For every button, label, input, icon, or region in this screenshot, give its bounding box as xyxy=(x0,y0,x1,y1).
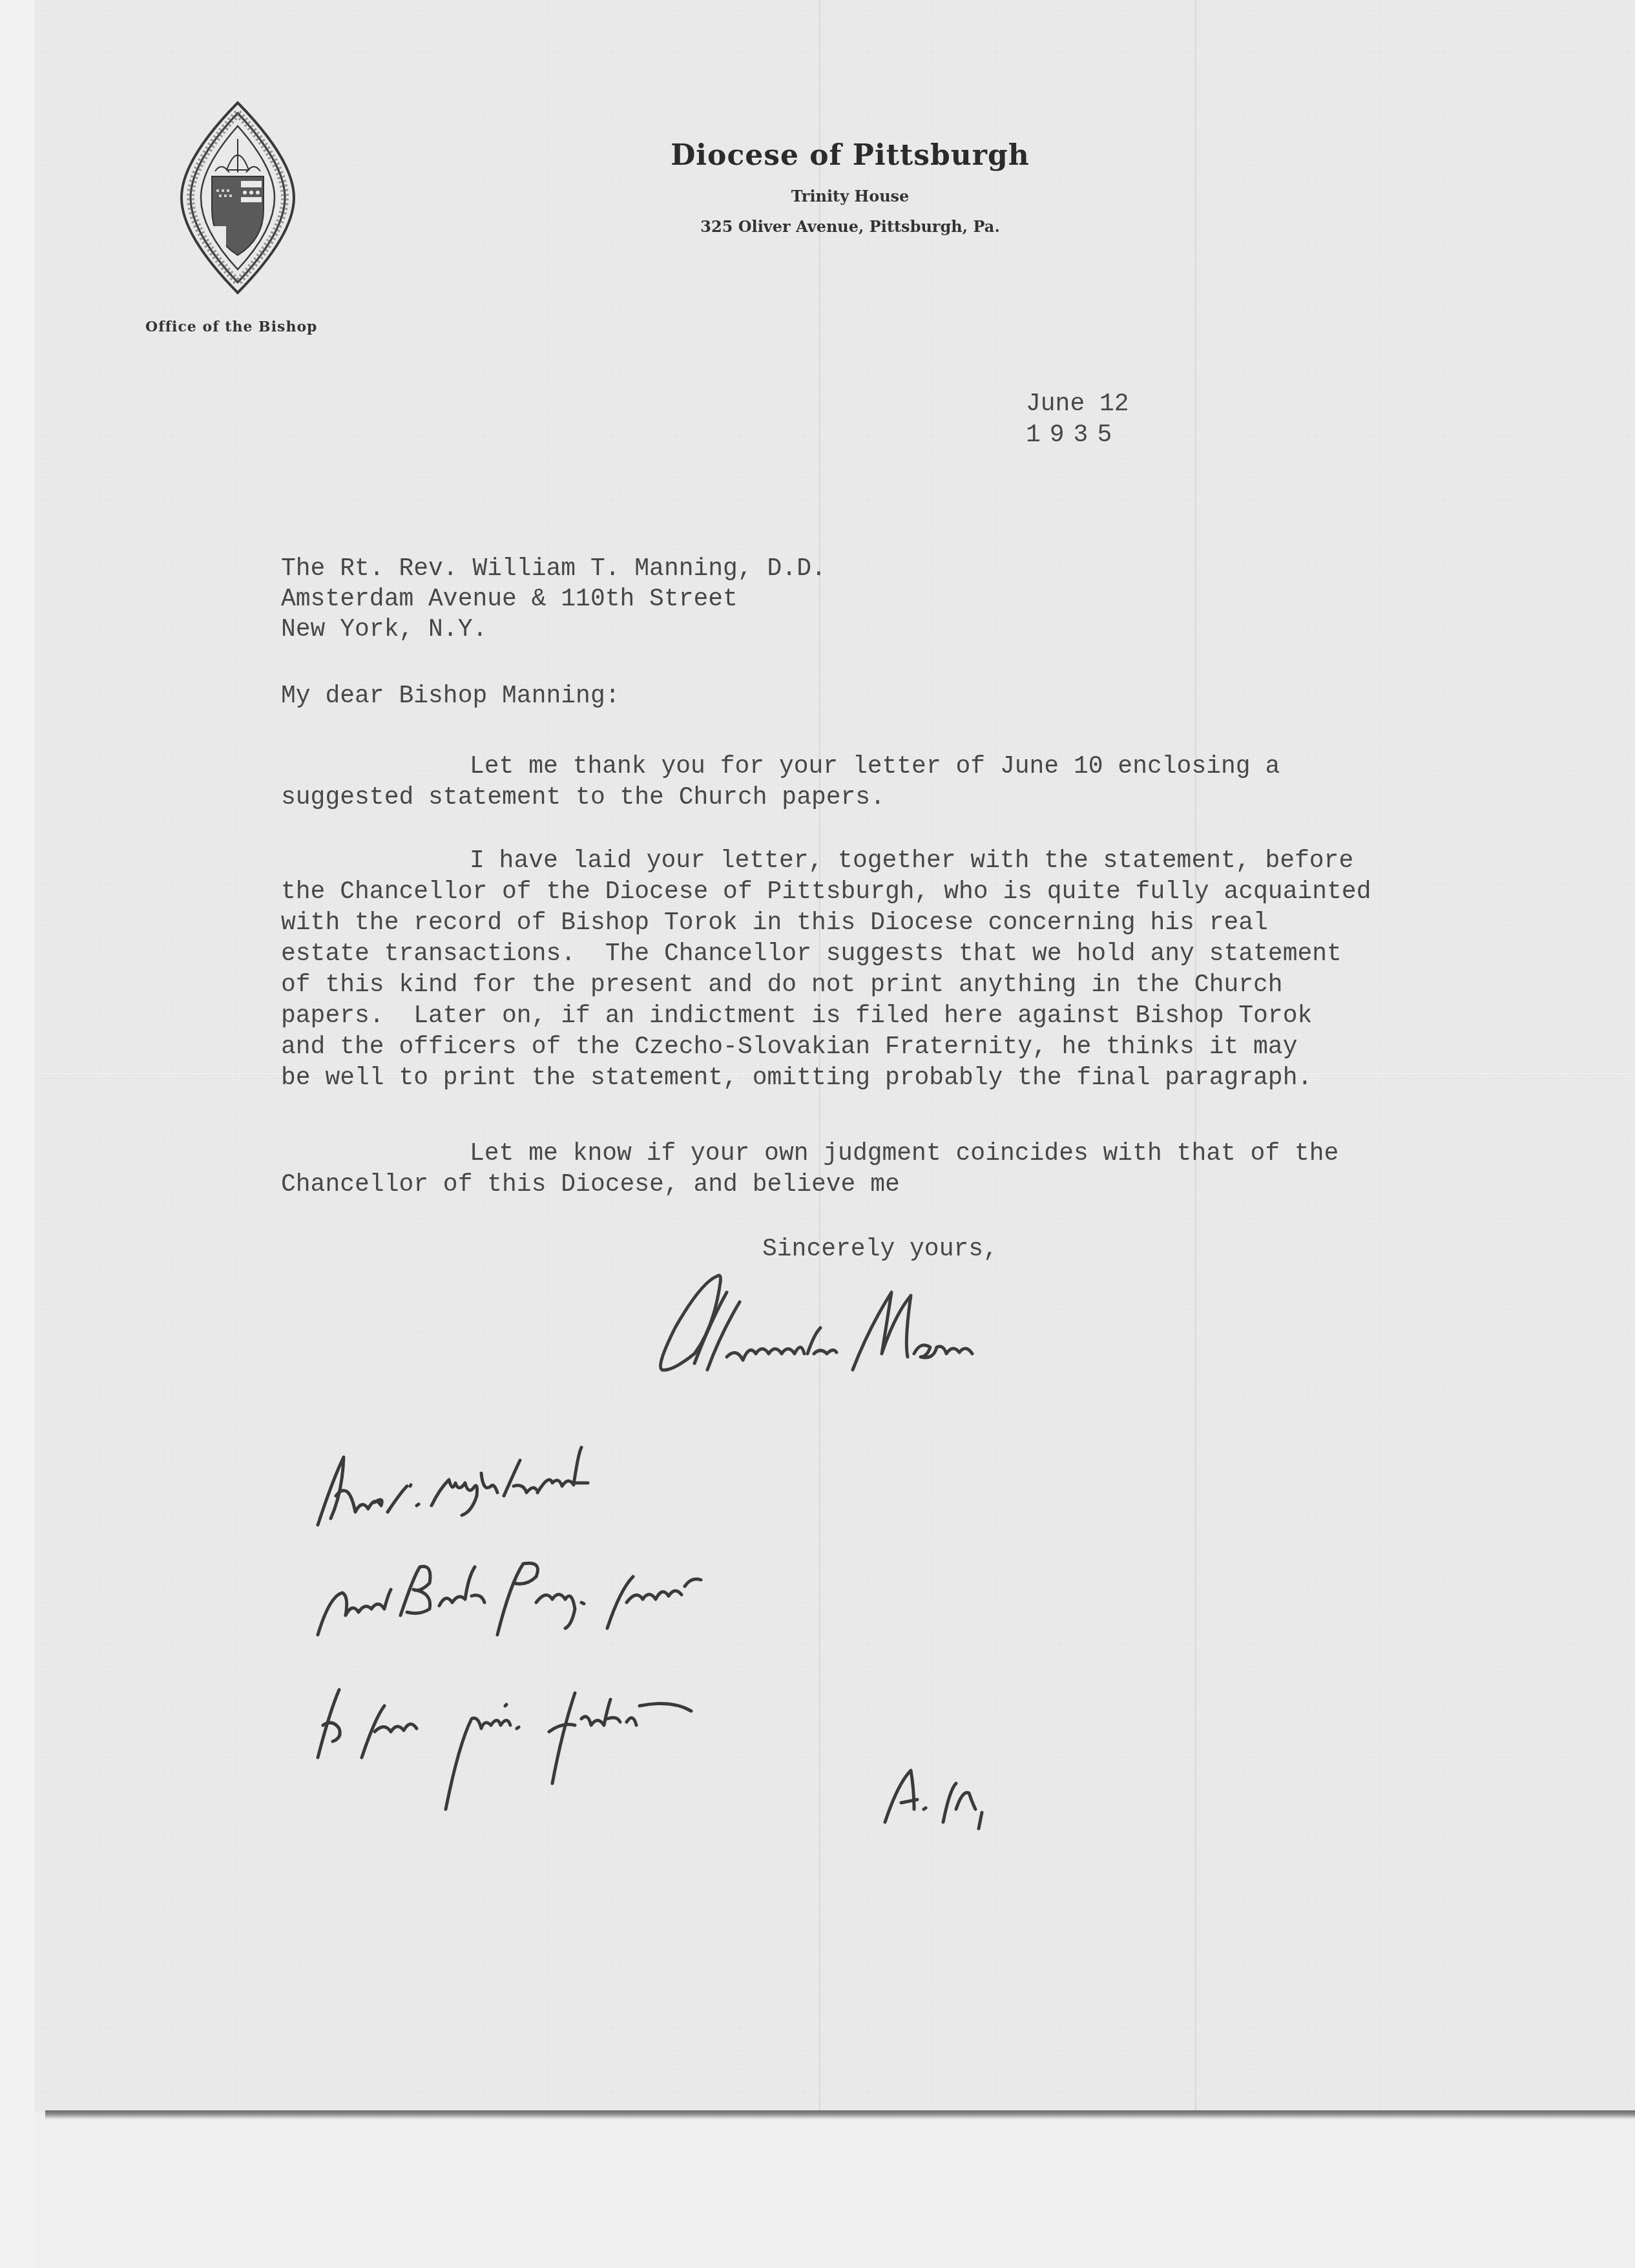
diocesan-seal-icon xyxy=(176,100,299,295)
postscript-text: Also it might be well toavoid Bish Perry… xyxy=(0,0,25,1)
body-paragraph-3: Let me know if your own judgment coincid… xyxy=(281,1139,1338,1201)
paragraph-line: and the officers of the Czecho-Slovakian… xyxy=(281,1032,1371,1063)
signature: Alexander Mann xyxy=(649,1257,1424,1386)
salutation: My dear Bishop Manning: xyxy=(281,681,620,712)
letterhead-subtitle: Trinity House xyxy=(669,187,1031,205)
postscript-initials: A. M. xyxy=(23,0,25,1)
postscript-line: Also it might be well to xyxy=(0,0,8,1)
paragraph-line: with the record of Bishop Torok in this … xyxy=(281,908,1371,939)
paragraph-line: Chancellor of this Diocese, and believe … xyxy=(281,1170,1338,1201)
body-paragraph-1: Let me thank you for your letter of June… xyxy=(281,751,1280,814)
letterhead-address: 325 Oliver Avenue, Pittsburgh, Pa. xyxy=(669,217,1031,236)
postscript-line: avoid Bish Perry's reaction xyxy=(8,0,17,1)
paragraph-line: suggested statement to the Church papers… xyxy=(281,782,1280,814)
body-paragraph-2: I have laid your letter, together with t… xyxy=(281,846,1371,1094)
paragraph-line: papers. Later on, if an indictment is fi… xyxy=(281,1001,1371,1032)
paragraph-line: Let me thank you for your letter of June… xyxy=(470,753,1280,781)
paragraph-line: be well to print the statement, omitting… xyxy=(281,1063,1371,1094)
recipient-address: The Rt. Rev. William T. Manning, D.D.Ams… xyxy=(281,554,826,645)
paragraph-line: estate transactions. The Chancellor sugg… xyxy=(281,939,1371,970)
paper-edge-shadow xyxy=(45,2110,1635,2119)
date-month-day: June 12 xyxy=(1026,389,1129,420)
date-year: 1935 xyxy=(1026,420,1121,451)
paragraph-line: of this kind for the present and do not … xyxy=(281,970,1371,1001)
paragraph-line: I have laid your letter, together with t… xyxy=(470,847,1353,875)
recipient-line: The Rt. Rev. William T. Manning, D.D. xyxy=(281,554,826,584)
paragraph-line: the Chancellor of the Diocese of Pittsbu… xyxy=(281,877,1371,908)
recipient-line: Amsterdam Avenue & 110th Street xyxy=(281,584,826,614)
handwritten-postscript xyxy=(304,1422,1466,1783)
paragraph-line: Let me know if your own judgment coincid… xyxy=(470,1140,1338,1168)
recipient-line: New York, N.Y. xyxy=(281,614,826,645)
scanner-background xyxy=(0,0,35,2268)
letterhead-title: Diocese of Pittsburgh xyxy=(669,139,1031,172)
postscript-line: to our joint protest xyxy=(16,0,23,1)
office-of-the-bishop-label: Office of the Bishop xyxy=(145,319,318,335)
